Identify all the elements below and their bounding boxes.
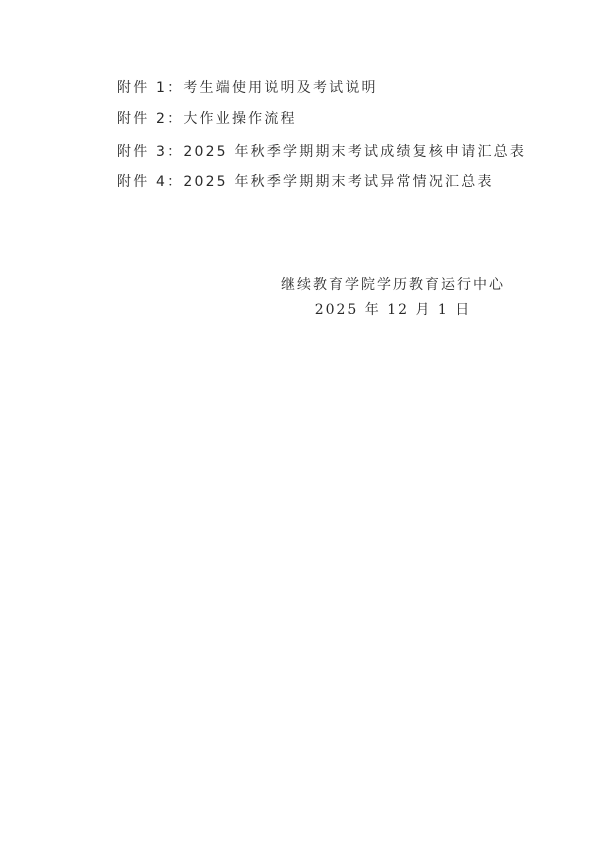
attachment-title: 考生端使用说明及考试说明: [183, 80, 377, 96]
attachment-3: 附件 3：2025 年秋季学期期末考试成绩复核申请汇总表: [117, 143, 526, 161]
attachment-title: 2025 年秋季学期期末考试异常情况汇总表: [183, 174, 493, 190]
attachment-title: 大作业操作流程: [183, 111, 296, 127]
document-page: 附件 1：考生端使用说明及考试说明 附件 2：大作业操作流程 附件 3：2025…: [0, 0, 600, 848]
signature-organization: 继续教育学院学历教育运行中心: [243, 276, 543, 294]
attachment-label: 附件 3：: [117, 144, 183, 160]
attachment-title: 2025 年秋季学期期末考试成绩复核申请汇总表: [183, 144, 526, 160]
attachment-4: 附件 4：2025 年秋季学期期末考试异常情况汇总表: [117, 173, 494, 191]
attachment-label: 附件 4：: [117, 174, 183, 190]
attachment-1: 附件 1：考生端使用说明及考试说明: [117, 79, 378, 97]
attachment-label: 附件 1：: [117, 80, 183, 96]
attachment-label: 附件 2：: [117, 111, 183, 127]
signature-date: 2025 年 12 月 1 日: [243, 301, 543, 319]
attachment-2: 附件 2：大作业操作流程: [117, 110, 297, 128]
